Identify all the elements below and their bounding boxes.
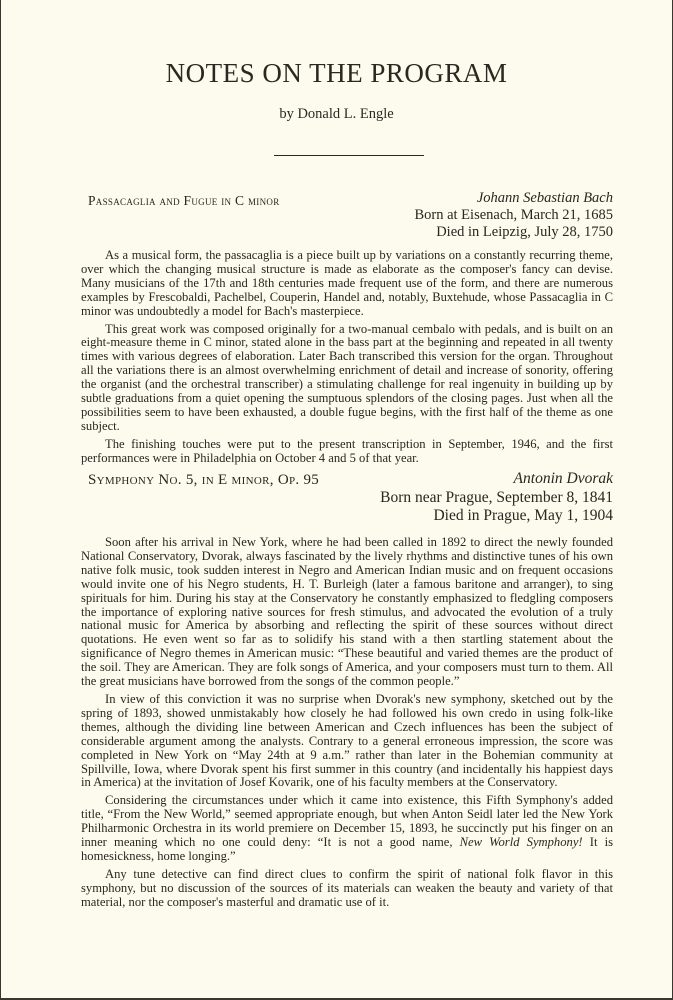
paragraph: Considering the circumstances under whic… (81, 794, 613, 864)
section-header-bach: Passacaglia and Fugue in C minor Johann … (88, 190, 613, 250)
composer-name: Johann Sebastian Bach (414, 190, 613, 207)
paragraph: In view of this conviction it was no sur… (81, 693, 613, 790)
composer-born: Born at Eisenach, March 21, 1685 (414, 207, 613, 224)
title-divider (274, 155, 424, 156)
page-title: NOTES ON THE PROGRAM (1, 58, 672, 89)
paragraph: The finishing touches were put to the pr… (81, 438, 613, 466)
composer-died: Died in Prague, May 1, 1904 (380, 507, 613, 526)
composer-died: Died in Leipzig, July 28, 1750 (414, 224, 613, 241)
italic-quote: New World Symphony! (460, 835, 583, 849)
composer-info: Antonin Dvorak Born near Prague, Septemb… (380, 470, 613, 526)
paragraph: Any tune detective can find direct clues… (81, 868, 613, 910)
author-byline: by Donald L. Engle (1, 106, 672, 123)
paragraph: Soon after his arrival in New York, wher… (81, 536, 613, 689)
work-title: Symphony No. 5, in E minor, Op. 95 (88, 472, 319, 489)
section-body-dvorak: Soon after his arrival in New York, wher… (81, 536, 613, 914)
composer-info: Johann Sebastian Bach Born at Eisenach, … (414, 190, 613, 241)
work-title: Passacaglia and Fugue in C minor (88, 193, 280, 209)
composer-born: Born near Prague, September 8, 1841 (380, 489, 613, 508)
paragraph: This great work was composed originally … (81, 323, 613, 434)
section-body-bach: As a musical form, the passacaglia is a … (81, 249, 613, 470)
composer-name: Antonin Dvorak (380, 470, 613, 489)
section-header-dvorak: Symphony No. 5, in E minor, Op. 95 Anton… (88, 470, 613, 532)
paragraph: As a musical form, the passacaglia is a … (81, 249, 613, 319)
program-page: NOTES ON THE PROGRAM by Donald L. Engle … (0, 0, 673, 1000)
